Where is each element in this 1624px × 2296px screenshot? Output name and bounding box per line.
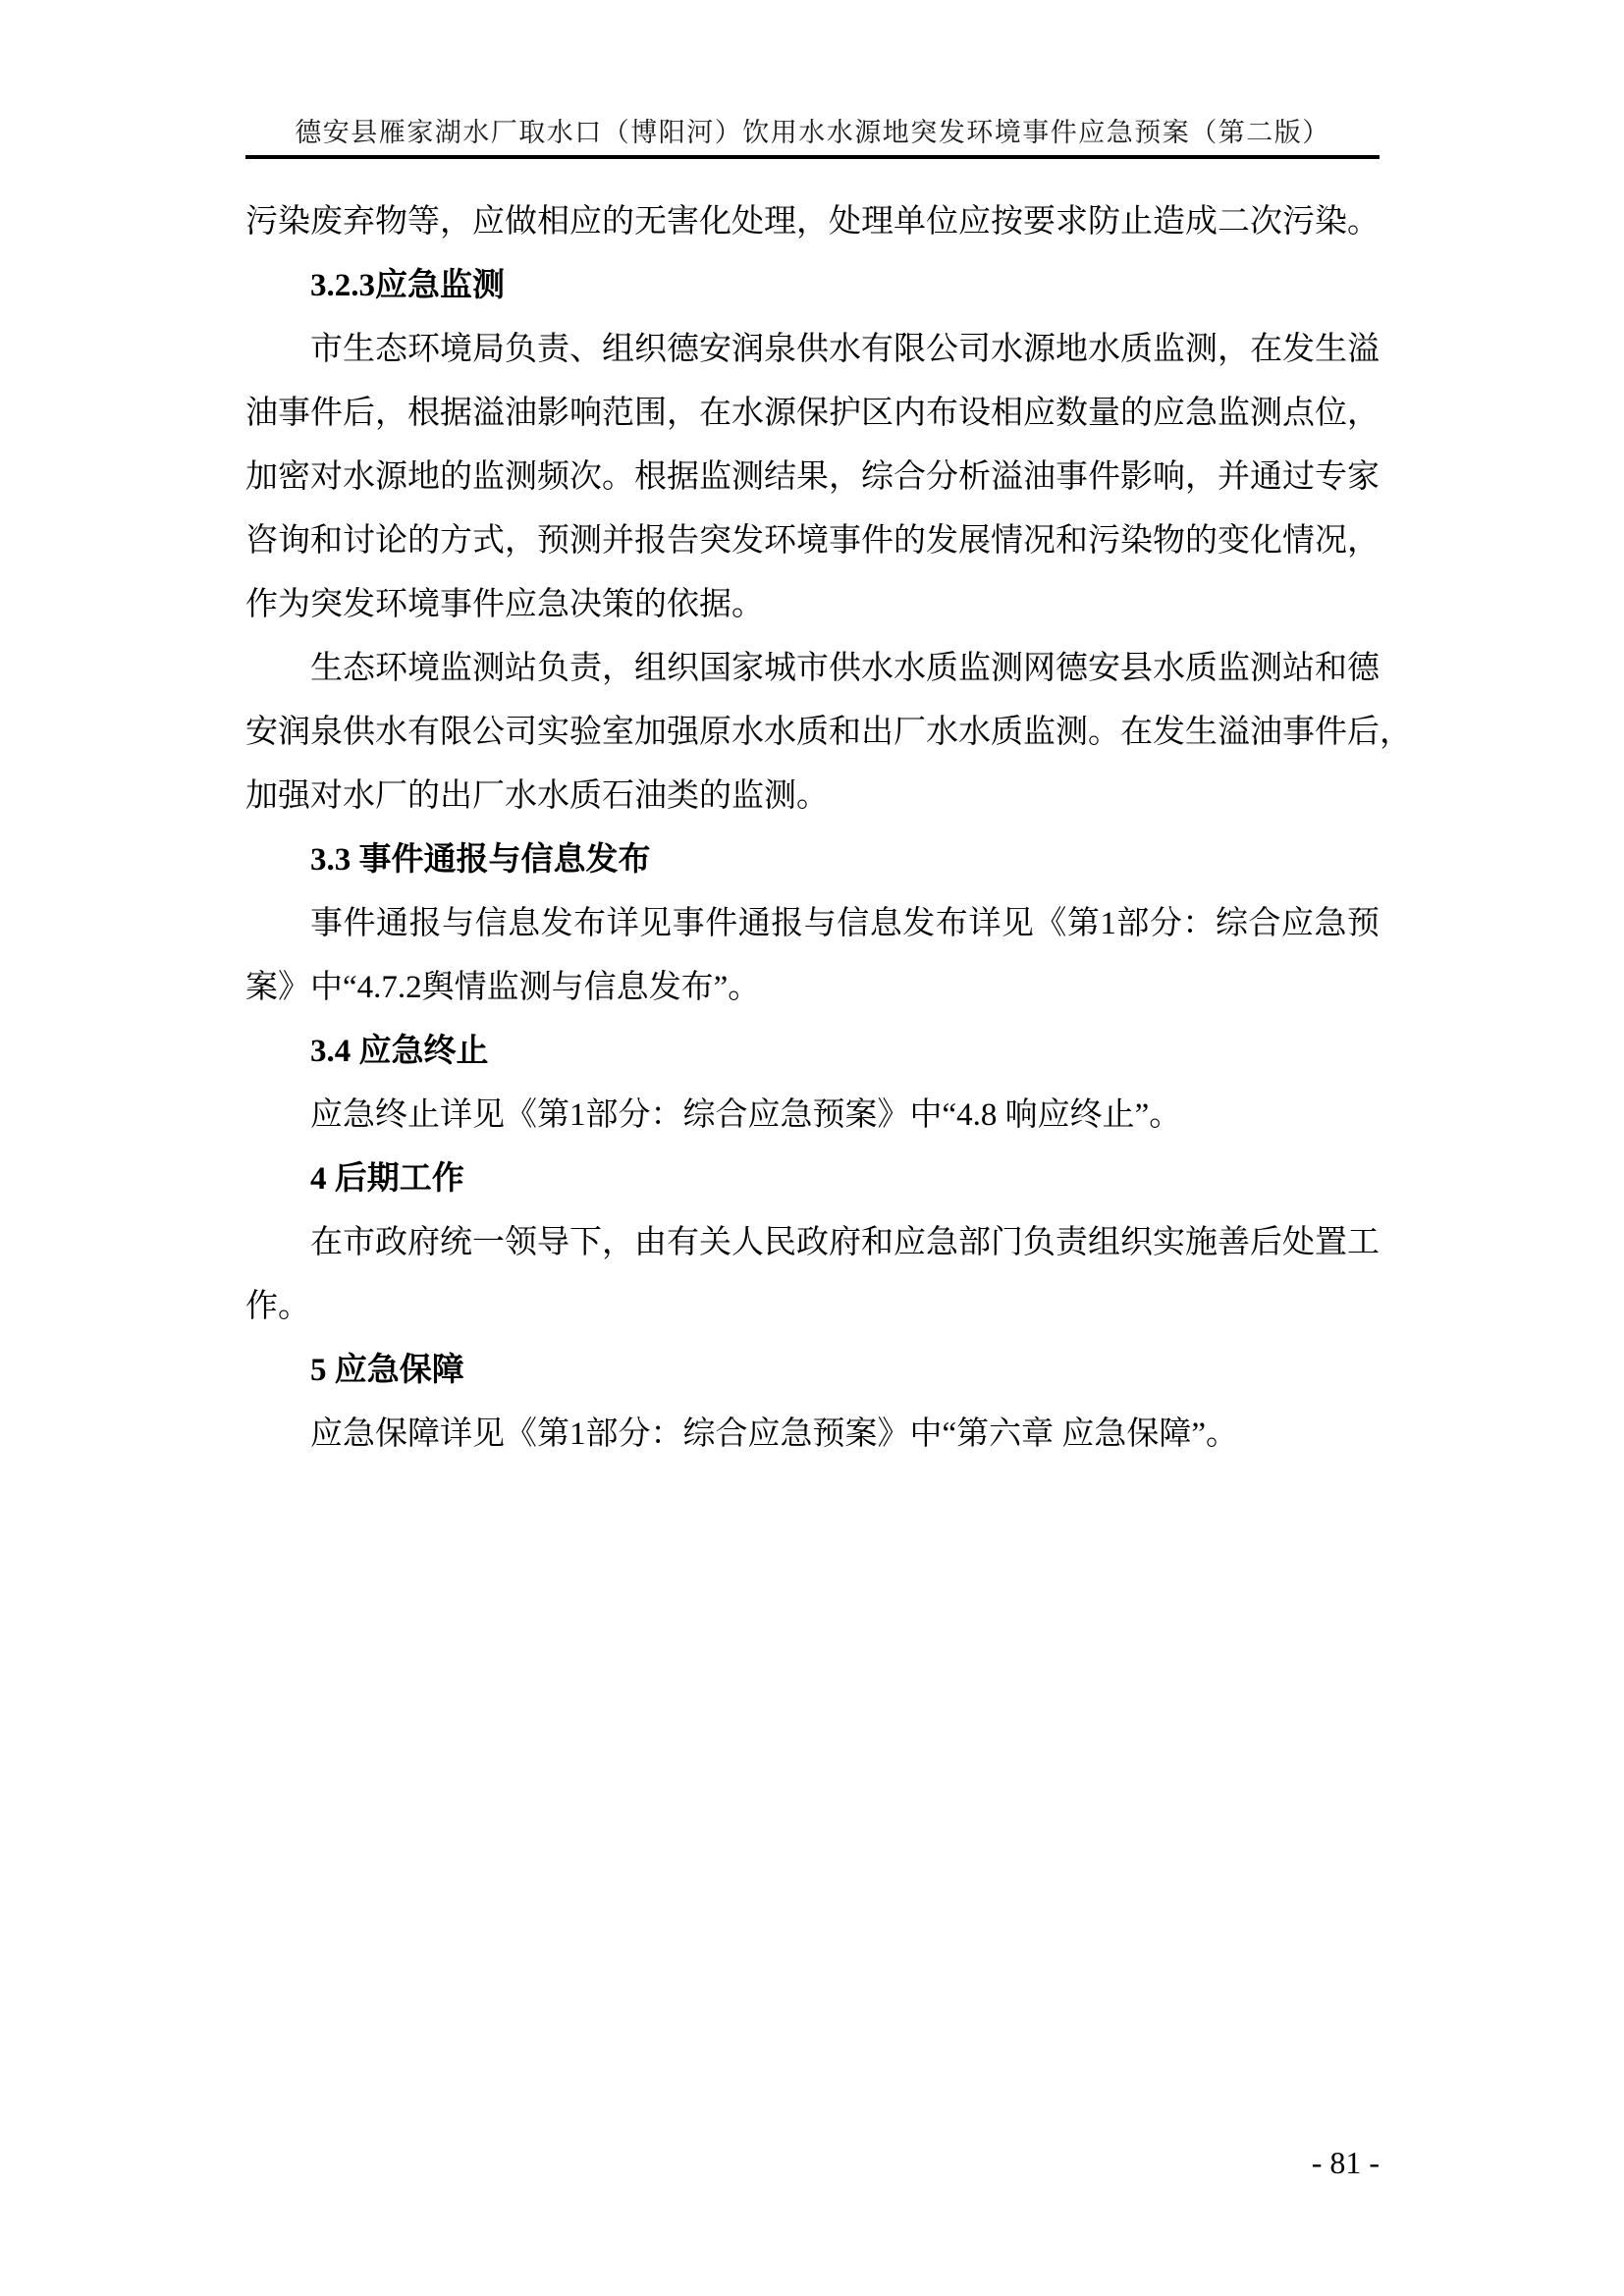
- section-heading: 3.3 事件通报与信息发布: [245, 828, 1380, 892]
- body-line: 作为突发环境事件应急决策的依据。: [245, 573, 1380, 637]
- body-line: 生态环境监测站负责，组织国家城市供水水质监测网德安县水质监测站和德: [245, 637, 1380, 701]
- page-footer: - 81 -: [245, 2143, 1380, 2182]
- body-line: 作。: [245, 1275, 1380, 1339]
- body-line: 案》中“4.7.2舆情监测与信息发布”。: [245, 956, 1380, 1020]
- document-body: 污染废弃物等，应做相应的无害化处理，处理单位应按要求防止造成二次污染。 3.2.…: [245, 190, 1380, 1467]
- body-line: 在市政府统一领导下，由有关人民政府和应急部门负责组织实施善后处置工: [245, 1211, 1380, 1275]
- section-heading: 3.2.3应急监测: [245, 254, 1380, 318]
- body-line: 应急保障详见《第1部分：综合应急预案》中“第六章 应急保障”。: [245, 1403, 1380, 1467]
- page-header: 德安县雁家湖水厂取水口（博阳河）饮用水水源地突发环境事件应急预案（第二版）: [245, 0, 1380, 159]
- section-heading: 3.4 应急终止: [245, 1020, 1380, 1084]
- body-line: 咨询和讨论的方式，预测并报告突发环境事件的发展情况和污染物的变化情况，: [245, 509, 1380, 573]
- section-heading: 4 后期工作: [245, 1148, 1380, 1211]
- body-line: 加密对水源地的监测频次。根据监测结果，综合分析溢油事件影响，并通过专家: [245, 446, 1380, 509]
- body-line: 市生态环境局负责、组织德安润泉供水有限公司水源地水质监测，在发生溢: [245, 318, 1380, 382]
- body-line: 安润泉供水有限公司实验室加强原水水质和出厂水水质监测。在发生溢油事件后，: [245, 701, 1380, 765]
- document-page: 德安县雁家湖水厂取水口（博阳河）饮用水水源地突发环境事件应急预案（第二版） 污染…: [0, 0, 1624, 2296]
- body-line: 加强对水厂的出厂水水质石油类的监测。: [245, 765, 1380, 828]
- body-line: 事件通报与信息发布详见事件通报与信息发布详见《第1部分：综合应急预: [245, 892, 1380, 956]
- body-line: 油事件后，根据溢油影响范围，在水源保护区内布设相应数量的应急监测点位，: [245, 382, 1380, 446]
- section-heading: 5 应急保障: [245, 1339, 1380, 1403]
- page-number: - 81 -: [1312, 2145, 1380, 2180]
- header-title: 德安县雁家湖水厂取水口（博阳河）饮用水水源地突发环境事件应急预案（第二版）: [245, 0, 1380, 151]
- header-rule: [245, 155, 1380, 159]
- body-line: 污染废弃物等，应做相应的无害化处理，处理单位应按要求防止造成二次污染。: [245, 190, 1380, 254]
- body-line: 应急终止详见《第1部分：综合应急预案》中“4.8 响应终止”。: [245, 1084, 1380, 1148]
